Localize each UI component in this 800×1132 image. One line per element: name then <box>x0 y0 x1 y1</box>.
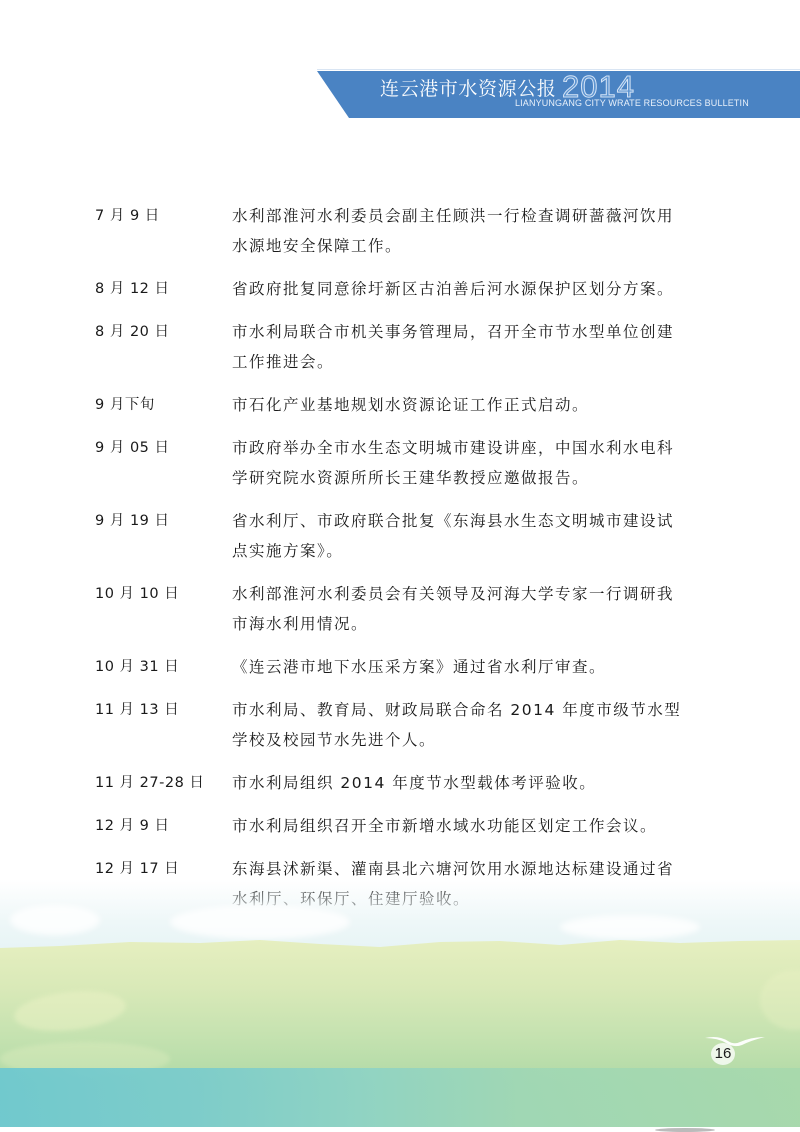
event-date: 9 月下旬 <box>95 390 232 420</box>
header-rule <box>317 69 800 70</box>
event-description: 《连云港市地下水压采方案》通过省水利厅审查。 <box>232 652 682 682</box>
event-row: 9 月 19 日 省水利厅、市政府联合批复《东海县水生态文明城市建设试点实施方案… <box>95 506 715 566</box>
sky-backdrop <box>0 880 800 950</box>
cloud-decoration <box>10 905 100 935</box>
event-date: 8 月 12 日 <box>95 274 232 304</box>
event-row: 8 月 12 日 省政府批复同意徐圩新区古泊善后河水源保护区划分方案。 <box>95 274 715 304</box>
bulletin-subtitle: LIANYUNGANG CITY WRATE RESOURCES BULLETI… <box>515 98 749 109</box>
event-date: 10 月 10 日 <box>95 579 232 639</box>
event-description: 省水利厅、市政府联合批复《东海县水生态文明城市建设试点实施方案》。 <box>232 506 682 566</box>
event-row: 10 月 10 日 水利部淮河水利委员会有关领导及河海大学专家一行调研我市海水利… <box>95 579 715 639</box>
event-row: 7 月 9 日 水利部淮河水利委员会副主任顾洪一行检查调研蔷薇河饮用水源地安全保… <box>95 201 715 261</box>
event-date: 12 月 9 日 <box>95 811 232 841</box>
event-description: 水利部淮河水利委员会有关领导及河海大学专家一行调研我市海水利用情况。 <box>232 579 682 639</box>
event-date: 9 月 05 日 <box>95 433 232 493</box>
event-row: 12 月 9 日 市水利局组织召开全市新增水域水功能区划定工作会议。 <box>95 811 715 841</box>
event-date: 7 月 9 日 <box>95 201 232 261</box>
cloud-decoration <box>560 915 700 939</box>
event-description: 水利部淮河水利委员会副主任顾洪一行检查调研蔷薇河饮用水源地安全保障工作。 <box>232 201 682 261</box>
event-description: 市水利局组织召开全市新增水域水功能区划定工作会议。 <box>232 811 682 841</box>
event-date: 8 月 20 日 <box>95 317 232 377</box>
water-band <box>0 1068 800 1128</box>
event-date: 11 月 27-28 日 <box>95 768 232 798</box>
event-chronology: 7 月 9 日 水利部淮河水利委员会副主任顾洪一行检查调研蔷薇河饮用水源地安全保… <box>95 201 715 927</box>
event-row: 11 月 13 日 市水利局、教育局、财政局联合命名 2014 年度市级节水型学… <box>95 695 715 755</box>
cloud-decoration <box>170 905 350 939</box>
event-description: 市石化产业基地规划水资源论证工作正式启动。 <box>232 390 682 420</box>
event-date: 11 月 13 日 <box>95 695 232 755</box>
event-row: 9 月 05 日 市政府举办全市水生态文明城市建设讲座，中国水利水电科学研究院水… <box>95 433 715 493</box>
event-description: 市水利局组织 2014 年度节水型载体考评验收。 <box>232 768 682 798</box>
event-row: 10 月 31 日 《连云港市地下水压采方案》通过省水利厅审查。 <box>95 652 715 682</box>
event-date: 10 月 31 日 <box>95 652 232 682</box>
page-number: 16 <box>711 1043 735 1065</box>
event-description: 省政府批复同意徐圩新区古泊善后河水源保护区划分方案。 <box>232 274 682 304</box>
event-description: 市水利局联合市机关事务管理局，召开全市节水型单位创建工作推进会。 <box>232 317 682 377</box>
event-row: 9 月下旬 市石化产业基地规划水资源论证工作正式启动。 <box>95 390 715 420</box>
page-shadow <box>655 1128 715 1132</box>
event-row: 8 月 20 日 市水利局联合市机关事务管理局，召开全市节水型单位创建工作推进会… <box>95 317 715 377</box>
event-description: 市水利局、教育局、财政局联合命名 2014 年度市级节水型学校及校园节水先进个人… <box>232 695 682 755</box>
event-date: 9 月 19 日 <box>95 506 232 566</box>
event-row: 11 月 27-28 日 市水利局组织 2014 年度节水型载体考评验收。 <box>95 768 715 798</box>
event-description: 市政府举办全市水生态文明城市建设讲座，中国水利水电科学研究院水资源所所长王建华教… <box>232 433 682 493</box>
